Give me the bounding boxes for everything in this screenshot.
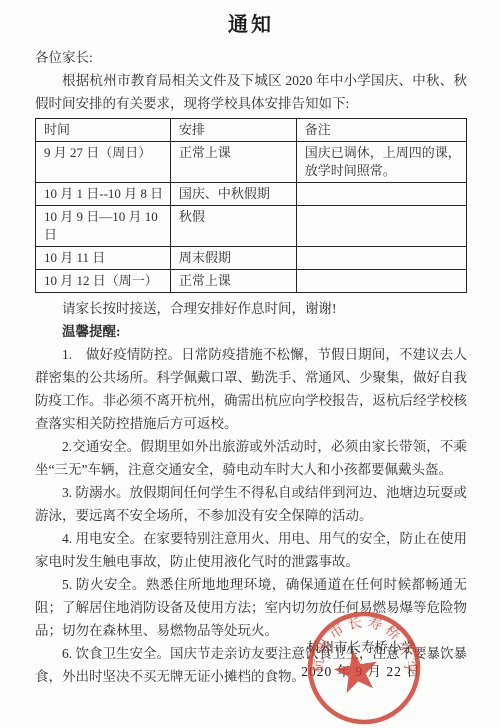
salutation: 各位家长:: [35, 46, 467, 69]
reminder-item-1: 1. 做好疫情防控。日常防疫措施不松懈，节假日期间，不建议去人群密集的公共场所。…: [35, 343, 467, 435]
cell-time: 9 月 27 日（周日）: [36, 142, 171, 183]
table-header-row: 时间 安排 备注: [36, 119, 467, 142]
cell-remark: [296, 270, 466, 293]
table-row: 10 月 9 日—10 月 10 日 秋假: [36, 206, 467, 247]
svg-text:杭州市长寿桥小学: 杭州市长寿桥小学: [302, 611, 421, 697]
seal-ring-text: 杭州市长寿桥小学: [302, 611, 421, 697]
table-row: 10 月 11 日 周末假期: [36, 247, 467, 270]
holiday-schedule-table: 时间 安排 备注 9 月 27 日（周日） 正常上课 国庆已调休，上周四的课，放…: [35, 118, 467, 293]
notice-document: 通知 各位家长: 根据杭州市教育局相关文件及下城区 2020 年中小学国庆、中秋…: [0, 0, 500, 728]
cell-remark: [296, 183, 466, 206]
school-seal-stamp-icon: 杭州市长寿桥小学: [302, 611, 426, 728]
reminder-item-3: 3. 防溺水。放假期间任何学生不得私自或结伴到河边、池塘边玩耍或游泳，要远离不安…: [35, 481, 467, 527]
column-header-arrangement: 安排: [170, 119, 296, 142]
cell-arrangement: 秋假: [170, 206, 296, 247]
cell-time: 10 月 12 日（周一）: [36, 270, 171, 293]
cell-remark: [296, 206, 466, 247]
cell-arrangement: 国庆、中秋假期: [170, 183, 296, 206]
cell-arrangement: 正常上课: [170, 142, 296, 183]
cell-time: 10 月 9 日—10 月 10 日: [36, 206, 171, 247]
seal-star-icon: [331, 646, 381, 695]
table-row: 10 月 12 日（周一） 正常上课: [36, 270, 467, 293]
column-header-remark: 备注: [296, 119, 466, 142]
page-title: 通知: [35, 8, 467, 37]
reminder-heading: 温馨提醒:: [35, 320, 467, 343]
cell-time: 10 月 11 日: [36, 247, 171, 270]
intro-paragraph: 根据杭州市教育局相关文件及下城区 2020 年中小学国庆、中秋、秋假时间安排的有…: [35, 69, 467, 115]
reminder-item-2: 2.交通安全。假期里如外出旅游或外活动时，必须由家长带领，不乘坐“三无”车辆，注…: [35, 435, 467, 481]
reminder-item-4: 4. 用电安全。在家要特别注意用火、用电、用气的安全，防止在使用家电时发生触电事…: [35, 527, 467, 573]
table-row: 9 月 27 日（周日） 正常上课 国庆已调休，上周四的课，放学时间照常。: [36, 142, 467, 183]
closing-paragraph: 请家长按时接送，合理安排好作息时间，谢谢!: [35, 297, 467, 320]
cell-remark: 国庆已调休，上周四的课，放学时间照常。: [296, 142, 466, 183]
cell-arrangement: 正常上课: [170, 270, 296, 293]
cell-time: 10 月 1 日--10 月 8 日: [36, 183, 171, 206]
table-row: 10 月 1 日--10 月 8 日 国庆、中秋假期: [36, 183, 467, 206]
column-header-time: 时间: [36, 119, 171, 142]
cell-remark: [296, 247, 466, 270]
cell-arrangement: 周末假期: [170, 247, 296, 270]
